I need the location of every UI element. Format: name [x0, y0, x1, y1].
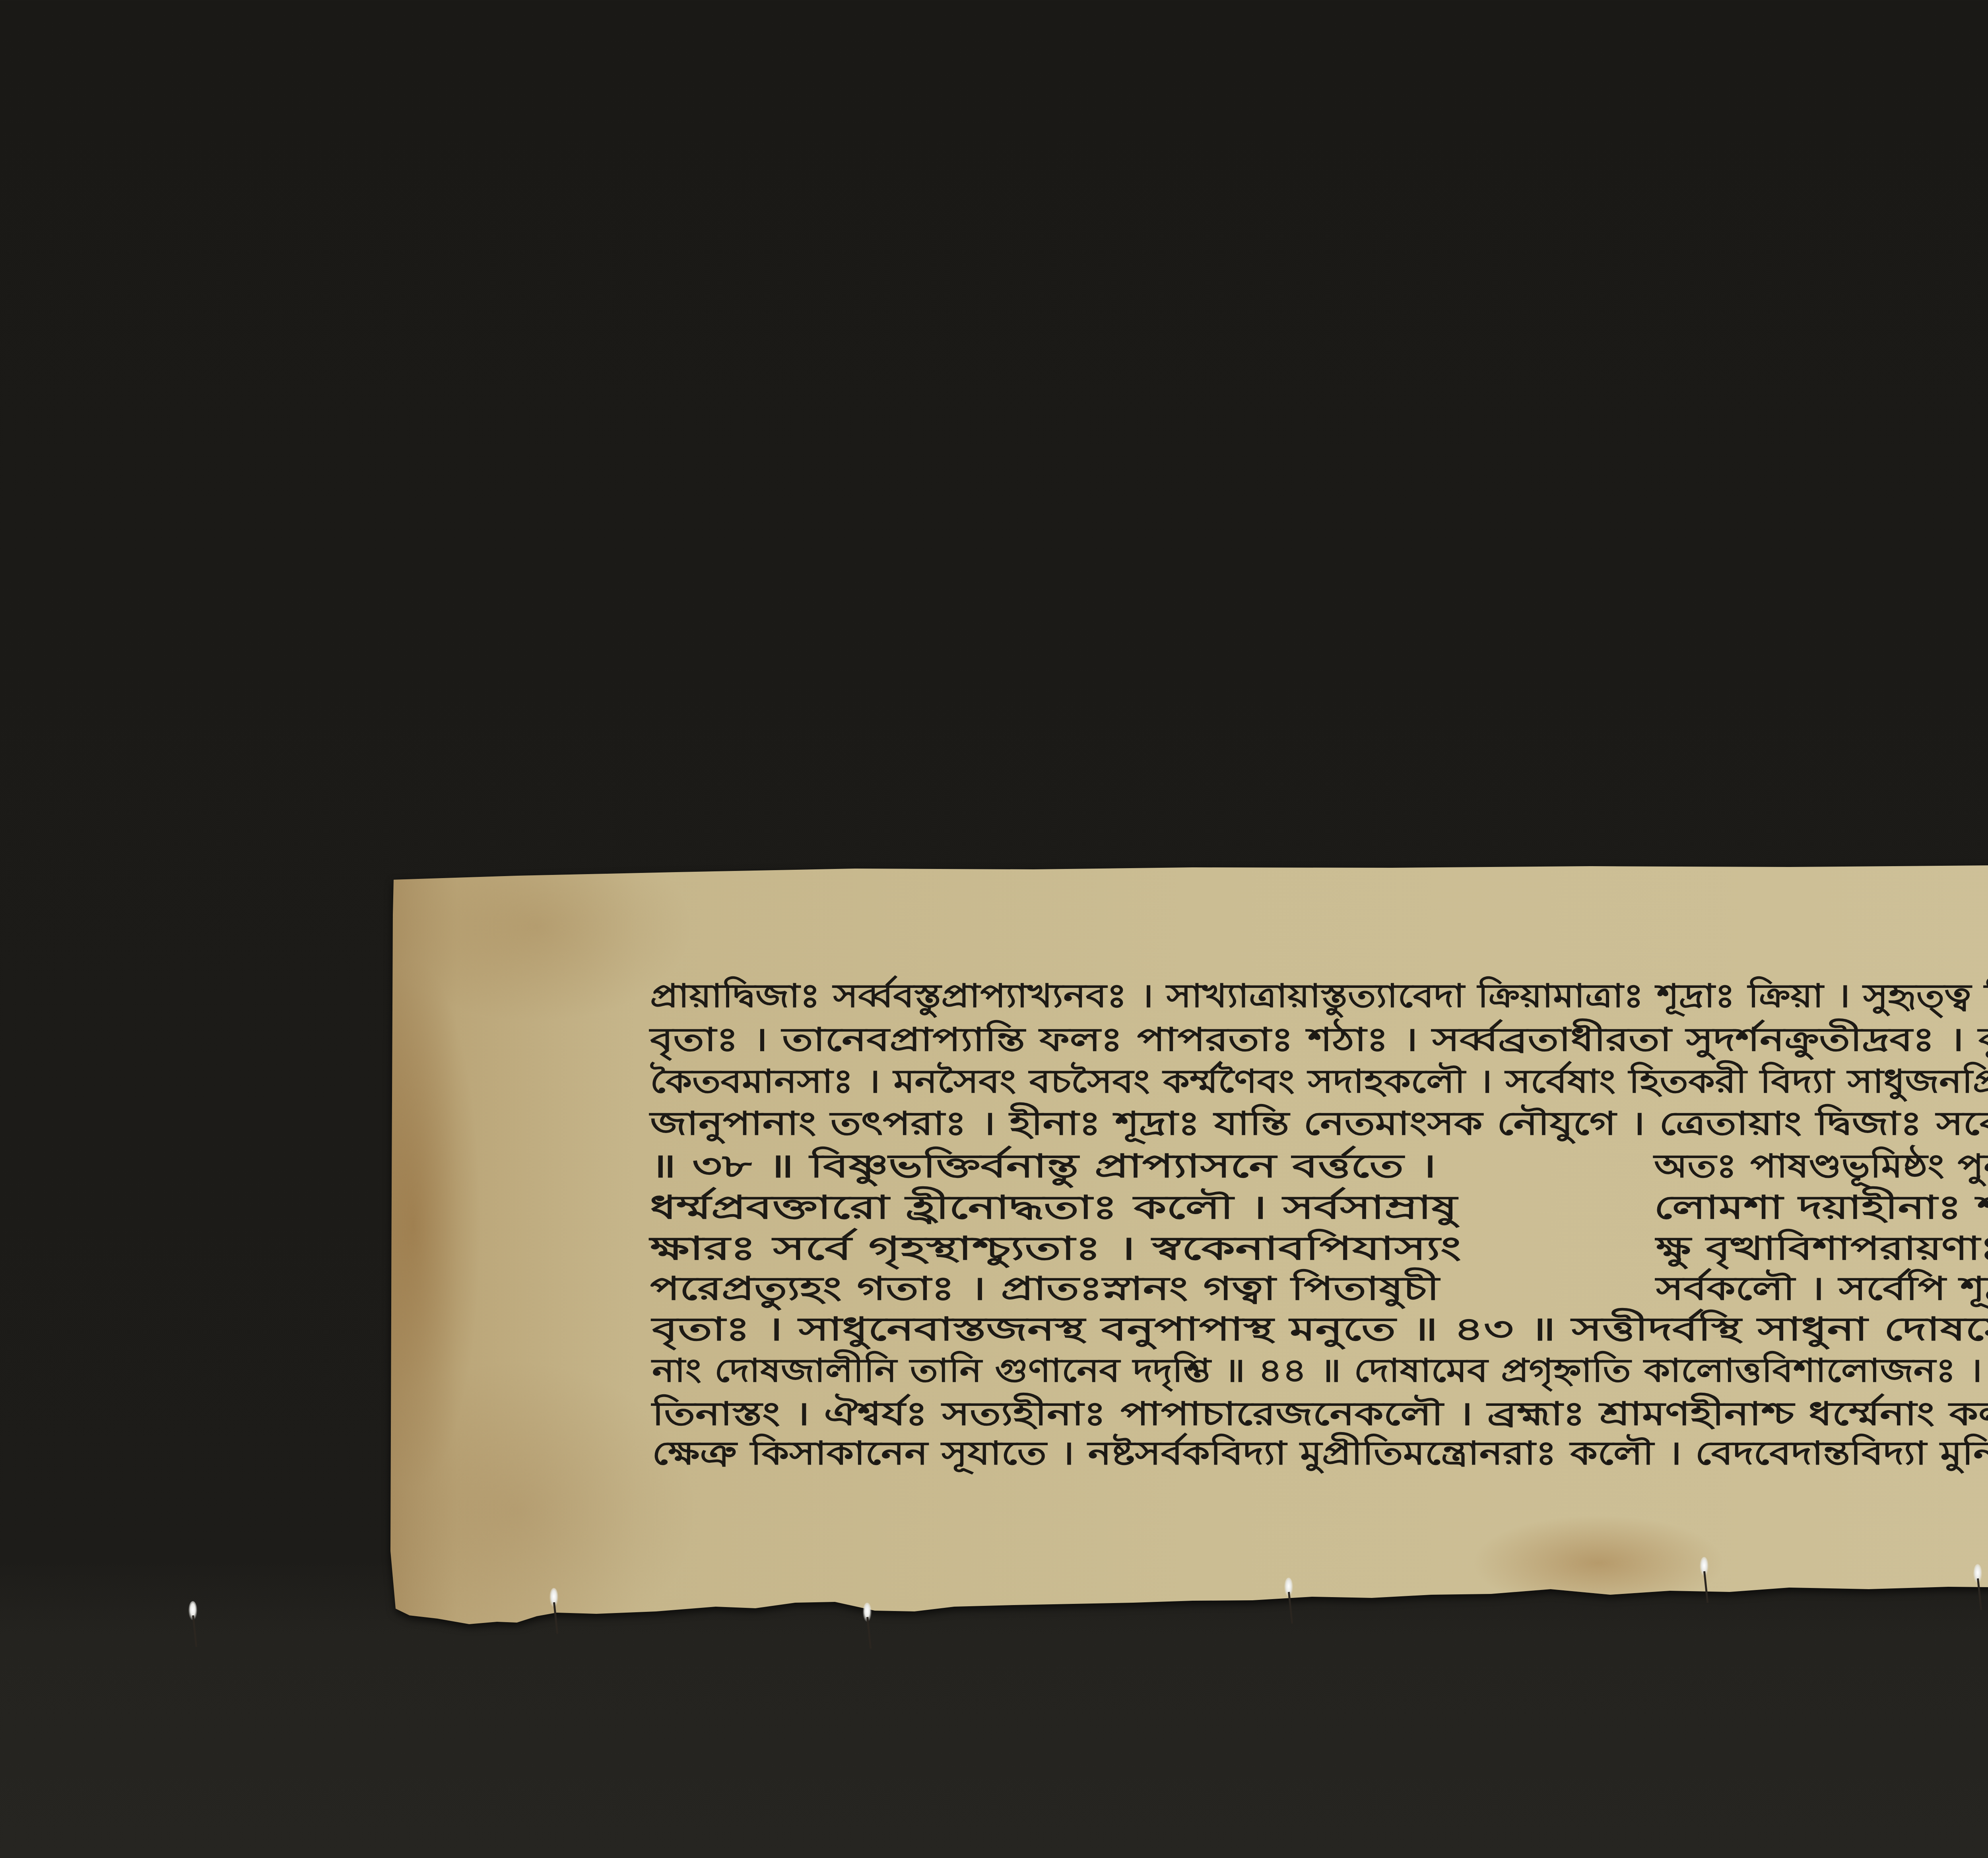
pin-icon: [1700, 1557, 1709, 1605]
text-line-5-right: অতঃ পাষণ্ডভূমিষ্ঠং পুনঃক্ষেপং ভবিষ্যতি ।…: [1654, 1149, 1988, 1184]
pin-icon: [549, 1588, 559, 1636]
text-line-5-left: ॥ ৩৮ ॥ বিষ্ণুভক্তির্বনান্তু প্রাপ্যাসনে …: [650, 1149, 1436, 1184]
pin-icon: [863, 1603, 872, 1650]
manuscript-folio: [0, 0, 1988, 1858]
text-line-8-left: পরেপ্রত্যুহং গতাঃ । প্রাতঃস্নানং গত্বা প…: [650, 1271, 1439, 1307]
text-line-7-left: ক্ষারঃ সর্বে গৃহস্থাশ্চ্যুতাঃ । স্বকেনাব…: [650, 1231, 1461, 1267]
text-line-11: তিনাস্তং । ঐশ্বর্যঃ সত্যহীনাঃ পাপাচারেজন…: [652, 1396, 1988, 1432]
text-line-7-right: ক্ষু বৃত্থাবিশাপরায়ণাঃ । অমৃতাদিরতাঃ সর…: [1656, 1231, 1988, 1267]
text-line-6-right: লোমশা দয়াহীনাঃ শঠজনাঃ । সর্বধর্ম্মপ্রব: [1654, 1190, 1988, 1226]
pin-icon: [1284, 1578, 1294, 1625]
text-line-12: ক্ষেত্রু কিসাকানেন সূযাতে । নষ্টসর্বকবিদ…: [652, 1436, 1988, 1471]
text-line-1: প্রায়াদ্বিজাঃ সর্ব্ববস্তুপ্রাপ্যাখ্যনবঃ…: [650, 978, 1988, 1014]
text-line-2: বৃতাঃ । তানেবপ্রাপ্যান্তি ফলঃ পাপরতাঃ শঠ…: [650, 1022, 1988, 1058]
text-line-3: কৈতবমানসাঃ । মনসৈবং বচসৈবং কর্ম্মণৈবং সদ…: [650, 1064, 1988, 1100]
text-line-10: নাং দোষজালীনি তানি গুণানেব দদৃশ্তি ॥ ৪৪ …: [652, 1353, 1988, 1389]
pin-icon: [1973, 1564, 1983, 1612]
text-line-9: বৃতাঃ । সাধুনেবাস্তজনস্থ বনুপাপাস্থ মনুত…: [652, 1312, 1988, 1347]
text-line-4: জানুপানাং তৎপরাঃ । হীনাঃ শূদ্রাঃ যান্তি …: [650, 1106, 1988, 1142]
paper-sheet: [0, 0, 1988, 1858]
text-line-8-right: সর্বকলৌ । সর্বেপি শূদ্রীনিরতাঃ সদাবাবাঙ্…: [1656, 1271, 1988, 1307]
pin-icon: [188, 1601, 198, 1649]
text-line-6-left: ধর্ম্মপ্রবক্তারো হ্রীনোদ্ধতাঃ কলৌ । সর্ব…: [650, 1190, 1457, 1226]
